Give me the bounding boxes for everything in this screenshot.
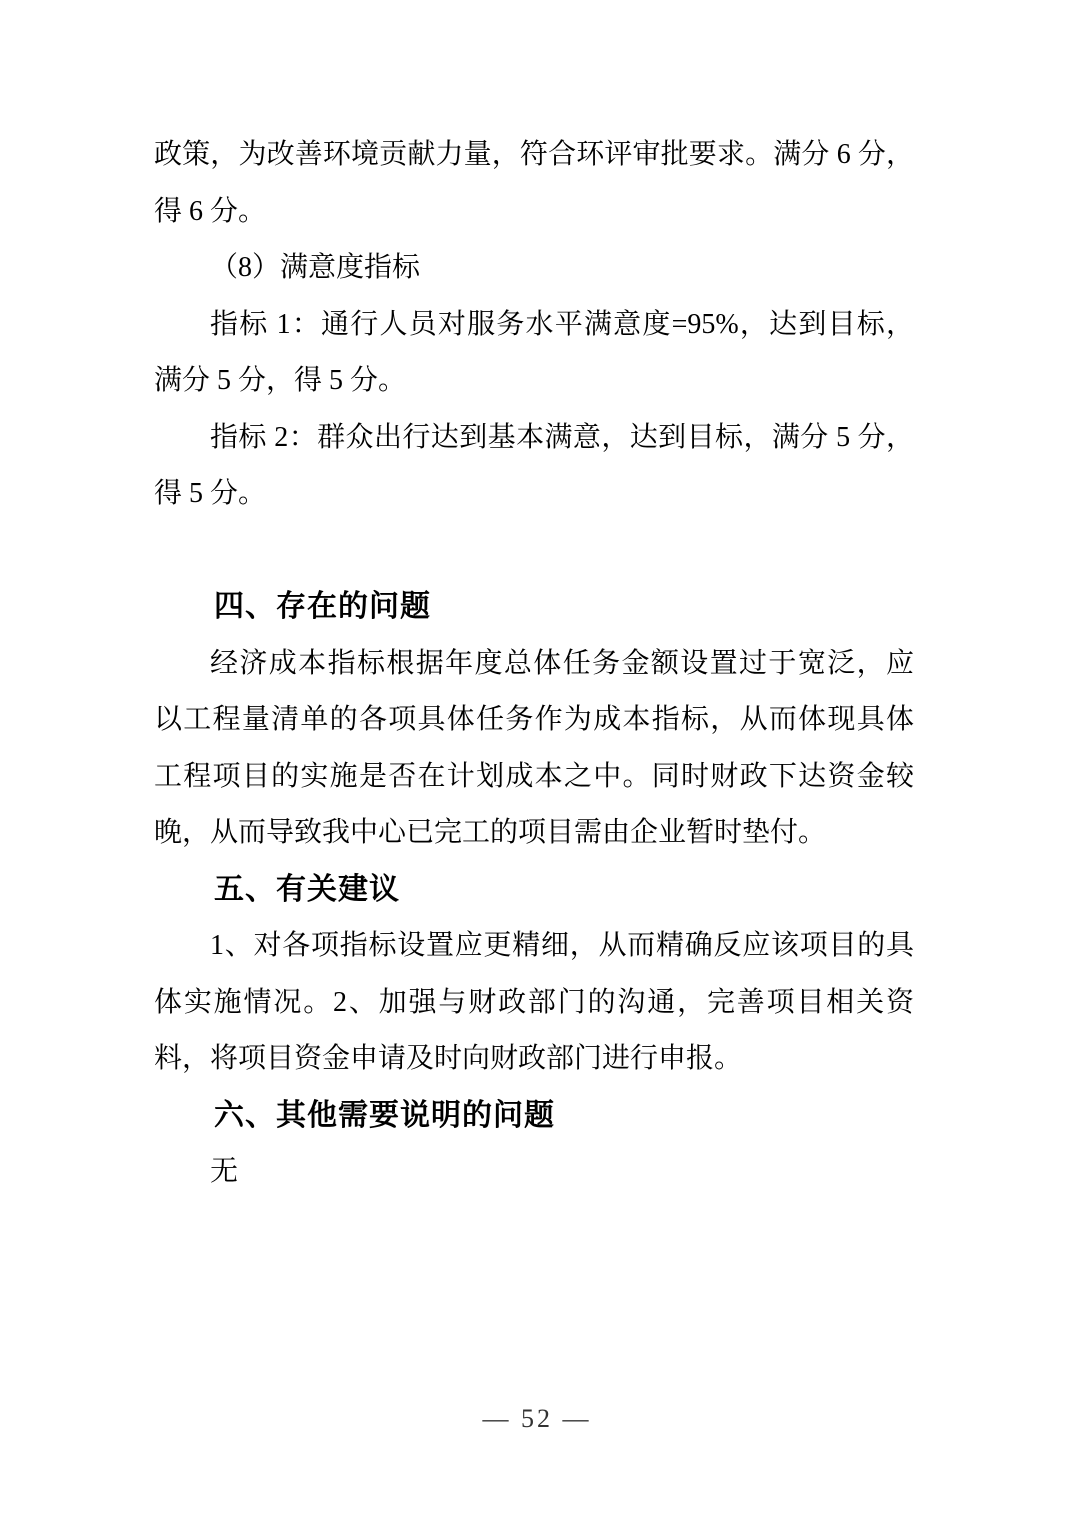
section-heading-suggestions: 五、有关建议: [154, 862, 914, 919]
section-heading-other-issues: 六、其他需要说明的问题: [154, 1088, 914, 1145]
none-placeholder: 无: [154, 1144, 914, 1201]
text-line: 得 6 分。: [154, 184, 914, 241]
text-line: 以工程量清单的各项具体任务作为成本指标，从而体现具体: [154, 692, 914, 749]
text-line: 晚，从而导致我中心已完工的项目需由企业暂时垫付。: [154, 805, 914, 862]
text-line: 体实施情况。2、加强与财政部门的沟通，完善项目相关资: [154, 975, 914, 1032]
text-line: 经济成本指标根据年度总体任务金额设置过于宽泛，应: [154, 636, 914, 693]
text-line: 料，将项目资金申请及时向财政部门进行申报。: [154, 1031, 914, 1088]
subsection-title-8: （8）满意度指标: [154, 240, 914, 297]
page-number: — 52 —: [0, 1404, 1074, 1434]
text-line: 1、对各项指标设置应更精细，从而精确反应该项目的具: [154, 918, 914, 975]
blank-line: [154, 523, 914, 580]
text-line: 满分 5 分，得 5 分。: [154, 353, 914, 410]
document-content: 政策，为改善环境贡献力量，符合环评审批要求。满分 6 分， 得 6 分。 （8）…: [154, 127, 914, 1201]
indicator-1-line: 指标 1：通行人员对服务水平满意度=95%，达到目标，: [154, 297, 914, 354]
text-line: 政策，为改善环境贡献力量，符合环评审批要求。满分 6 分，: [154, 127, 914, 184]
text-line: 工程项目的实施是否在计划成本之中。同时财政下达资金较: [154, 749, 914, 806]
text-line: 得 5 分。: [154, 466, 914, 523]
section-heading-problems: 四、存在的问题: [154, 579, 914, 636]
indicator-2-line: 指标 2：群众出行达到基本满意，达到目标，满分 5 分，: [154, 410, 914, 467]
document-page: 政策，为改善环境贡献力量，符合环评审批要求。满分 6 分， 得 6 分。 （8）…: [0, 0, 1074, 1520]
